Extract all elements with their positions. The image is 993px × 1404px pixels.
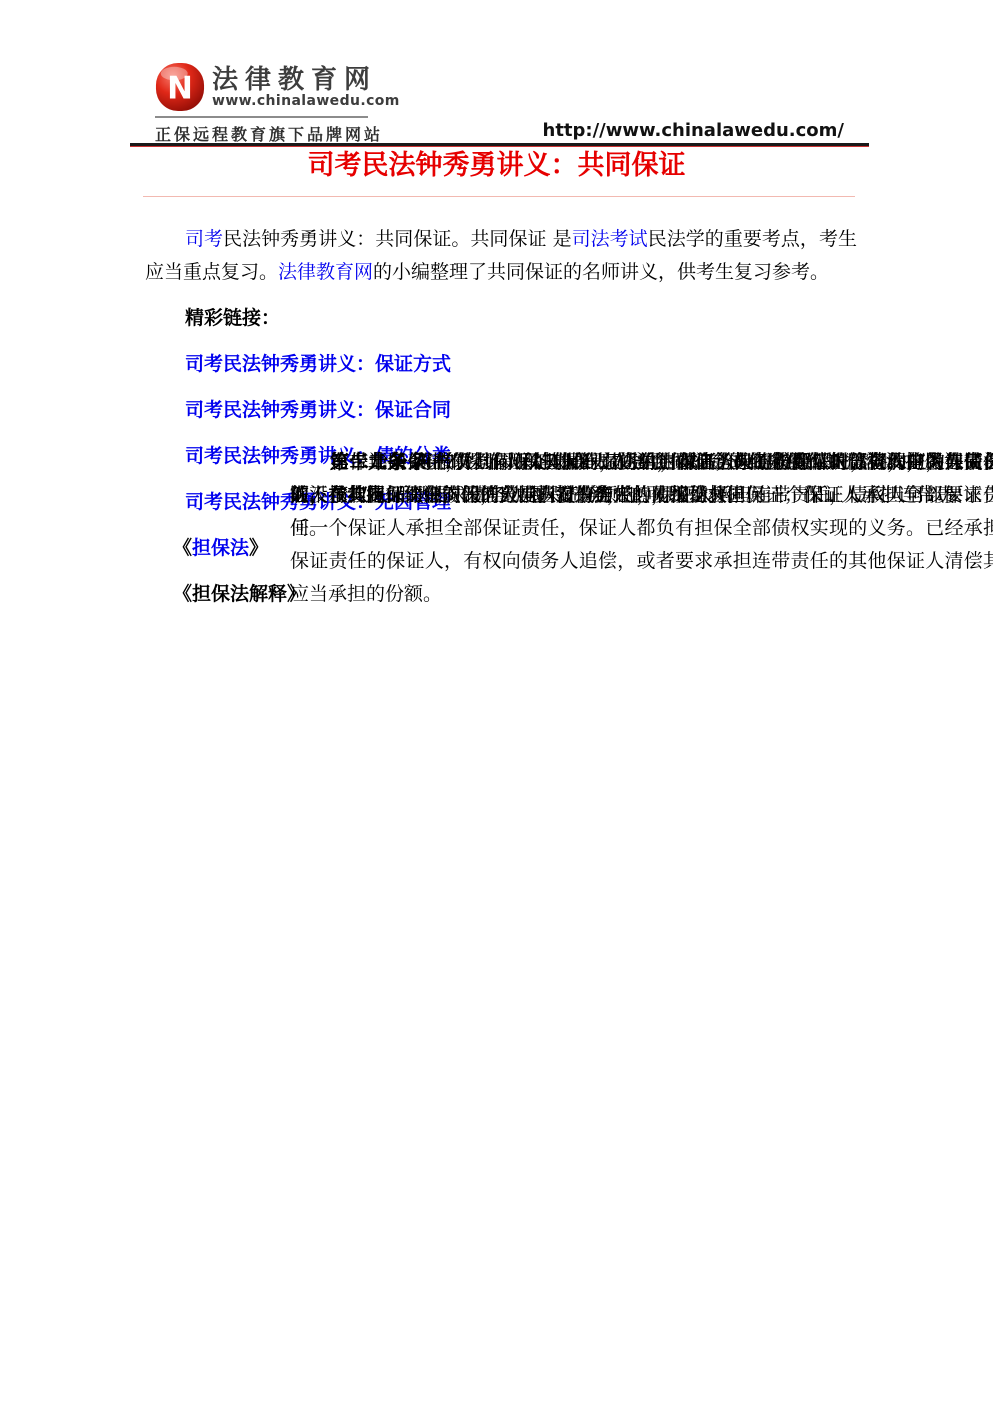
logo-text-block: 法律教育网 www.chinalawedu.com <box>212 66 400 109</box>
article-paragraph: 在保证关系中，保证人仅一人的，为单独保证；保证人为二人以上的，为共同保证。在共同… <box>290 446 993 512</box>
related-link: 司考民法钟秀勇讲义：保证方式 <box>145 348 857 381</box>
text-run: 《担保法解释》 <box>173 583 306 605</box>
text-run: 精彩链接： <box>185 307 280 329</box>
text-link[interactable]: 司考 <box>185 228 223 250</box>
text-link[interactable]: 法律教育网 <box>278 261 373 283</box>
chinalawedu-logo-icon: N <box>155 62 205 112</box>
text-link[interactable]: 司法考试 <box>572 228 648 250</box>
header-url-text: http://www.chinalawedu.com/ <box>543 120 845 141</box>
document-page: N 法律教育网 www.chinalawedu.com 正保远程教育旗下品牌网站… <box>0 0 993 1404</box>
text-run: 》 <box>249 537 268 559</box>
text-link[interactable]: 担保法 <box>192 537 249 559</box>
header-rule <box>130 143 869 147</box>
text-run: 在保证关系中，保证人仅一人的，为单独保证；保证人为二人以上的，为共同保证。在共同… <box>290 451 993 506</box>
logo-tagline: 正保远程教育旗下品牌网站 <box>155 122 400 145</box>
intro-paragraph: 司考民法钟秀勇讲义：共同保证。共同保证 是司法考试民法学的重要考点，考生应当重点… <box>145 223 857 289</box>
text-run: 《 <box>173 537 192 559</box>
title-underline <box>143 196 855 197</box>
logo-top-row: N 法律教育网 www.chinalawedu.com <box>155 62 400 112</box>
article-body: 司考民法钟秀勇讲义：共同保证。共同保证 是司法考试民法学的重要考点，考生应当重点… <box>145 223 857 624</box>
text-link[interactable]: 司考民法钟秀勇讲义：保证方式 <box>185 353 451 375</box>
text-run: 民法钟秀勇讲义：共同保证。共同保证 是 <box>223 228 572 250</box>
text-link[interactable]: 司考民法钟秀勇讲义：保证合同 <box>185 399 451 421</box>
svg-text:N: N <box>167 71 193 107</box>
related-link: 司考民法钟秀勇讲义：保证合同 <box>145 394 857 427</box>
logo-site-name: 法律教育网 <box>212 66 400 94</box>
text-run: 的小编整理了共同保证的名师讲义，供考生复习参考。 <box>373 261 829 283</box>
logo-divider <box>155 116 368 118</box>
logo-site-url: www.chinalawedu.com <box>212 94 400 109</box>
site-logo[interactable]: N 法律教育网 www.chinalawedu.com 正保远程教育旗下品牌网站 <box>155 62 400 145</box>
site-header: N 法律教育网 www.chinalawedu.com 正保远程教育旗下品牌网站… <box>130 60 869 145</box>
links-header: 精彩链接： <box>145 302 857 335</box>
page-title: 司考民法钟秀勇讲义：共同保证 <box>0 148 993 184</box>
